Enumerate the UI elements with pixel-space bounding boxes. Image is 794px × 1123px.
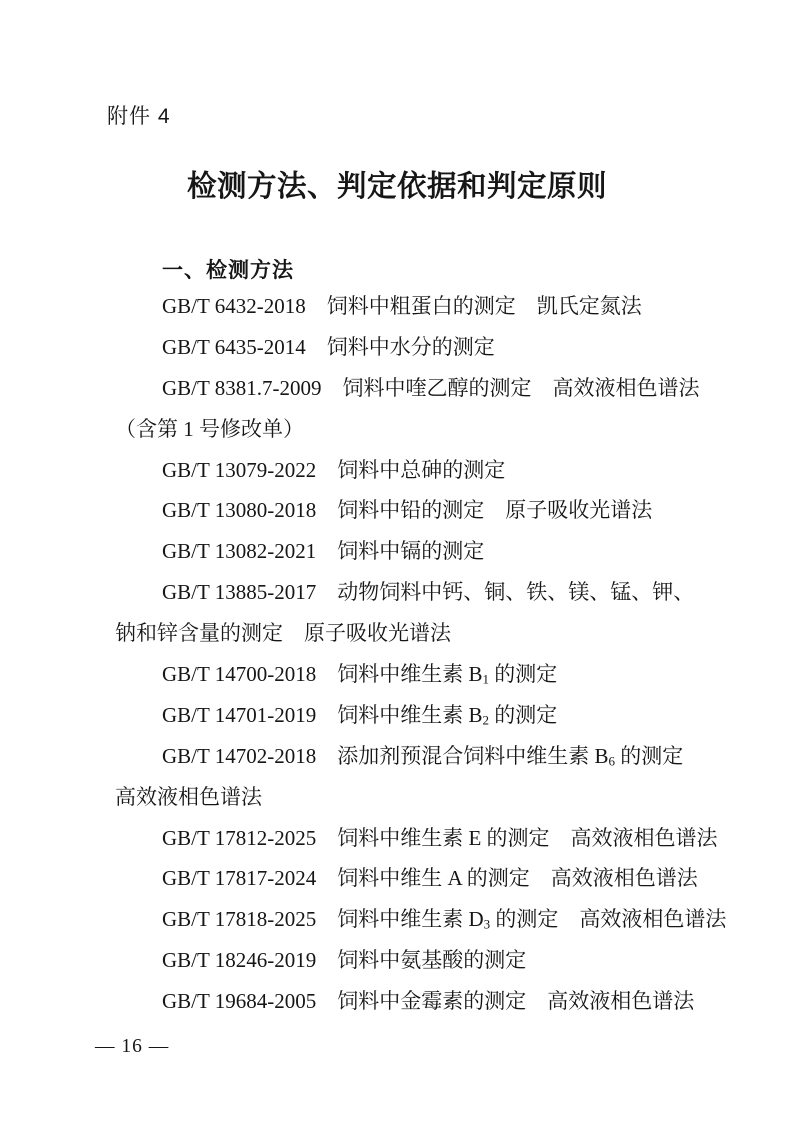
line-text: GB/T 13079-2022 饲料中总砷的测定: [162, 458, 505, 482]
section-heading-detection-methods: 一、检测方法: [162, 254, 294, 284]
body-line: GB/T 6435-2014 饲料中水分的测定: [115, 327, 701, 368]
line-text: GB/T 8381.7-2009 饲料中喹乙醇的测定 高效液相色谱法: [162, 376, 699, 400]
body-line: GB/T 13079-2022 饲料中总砷的测定: [115, 450, 701, 491]
line-text: GB/T 13080-2018 饲料中铅的测定 原子吸收光谱法: [162, 498, 652, 522]
body-line: GB/T 19684-2005 饲料中金霉素的测定 高效液相色谱法: [115, 981, 701, 1022]
line-text: GB/T 17818-2025 饲料中维生素 D: [162, 907, 484, 931]
body-line: GB/T 14702-2018 添加剂预混合饲料中维生素 B6 的测定: [115, 736, 701, 777]
method-list: GB/T 6432-2018 饲料中粗蛋白的测定 凯氏定氮法GB/T 6435-…: [115, 286, 701, 1022]
line-text: （含第 1 号修改单）: [115, 417, 304, 441]
body-line: GB/T 6432-2018 饲料中粗蛋白的测定 凯氏定氮法: [115, 286, 701, 327]
body-line: GB/T 17817-2024 饲料中维生 A 的测定 高效液相色谱法: [115, 858, 701, 899]
body-line: GB/T 13082-2021 饲料中镉的测定: [115, 531, 701, 572]
line-text: GB/T 17812-2025 饲料中维生素 E 的测定 高效液相色谱法: [162, 826, 718, 850]
line-text: GB/T 6432-2018 饲料中粗蛋白的测定 凯氏定氮法: [162, 294, 642, 318]
body-line: （含第 1 号修改单）: [115, 409, 701, 450]
line-text: GB/T 14701-2019 饲料中维生素 B: [162, 703, 482, 727]
line-text: 的测定 高效液相色谱法: [490, 907, 726, 931]
line-text: 钠和锌含量的测定 原子吸收光谱法: [115, 621, 451, 645]
body-line: GB/T 18246-2019 饲料中氨基酸的测定: [115, 940, 701, 981]
body-line: GB/T 8381.7-2009 饲料中喹乙醇的测定 高效液相色谱法: [115, 368, 701, 409]
line-text: 的测定: [489, 703, 557, 727]
line-text: GB/T 19684-2005 饲料中金霉素的测定 高效液相色谱法: [162, 989, 694, 1013]
body-line: 钠和锌含量的测定 原子吸收光谱法: [115, 613, 701, 654]
body-line: 高效液相色谱法: [115, 777, 701, 818]
line-text: GB/T 13082-2021 饲料中镉的测定: [162, 539, 484, 563]
line-text: GB/T 18246-2019 饲料中氨基酸的测定: [162, 948, 526, 972]
line-text: 高效液相色谱法: [115, 785, 262, 809]
line-text: GB/T 6435-2014 饲料中水分的测定: [162, 335, 495, 359]
body-line: GB/T 14700-2018 饲料中维生素 B1 的测定: [115, 654, 701, 695]
body-line: GB/T 17812-2025 饲料中维生素 E 的测定 高效液相色谱法: [115, 818, 701, 859]
page-number: — 16 —: [95, 1036, 169, 1058]
body-line: GB/T 13885-2017 动物饲料中钙、铜、铁、镁、锰、钾、: [115, 572, 701, 613]
line-text: 的测定: [615, 744, 683, 768]
line-text: GB/T 14700-2018 饲料中维生素 B: [162, 662, 482, 686]
document-page: 附件 4 检测方法、判定依据和判定原则 一、检测方法 GB/T 6432-201…: [0, 0, 794, 1123]
line-text: GB/T 14702-2018 添加剂预混合饲料中维生素 B: [162, 744, 608, 768]
body-line: GB/T 17818-2025 饲料中维生素 D3 的测定 高效液相色谱法: [115, 899, 701, 940]
body-line: GB/T 13080-2018 饲料中铅的测定 原子吸收光谱法: [115, 490, 701, 531]
line-text: GB/T 17817-2024 饲料中维生 A 的测定 高效液相色谱法: [162, 866, 698, 890]
page-title: 检测方法、判定依据和判定原则: [0, 163, 794, 205]
line-text: GB/T 13885-2017 动物饲料中钙、铜、铁、镁、锰、钾、: [162, 580, 694, 604]
attachment-label: 附件 4: [107, 100, 171, 130]
body-line: GB/T 14701-2019 饲料中维生素 B2 的测定: [115, 695, 701, 736]
line-text: 的测定: [489, 662, 557, 686]
